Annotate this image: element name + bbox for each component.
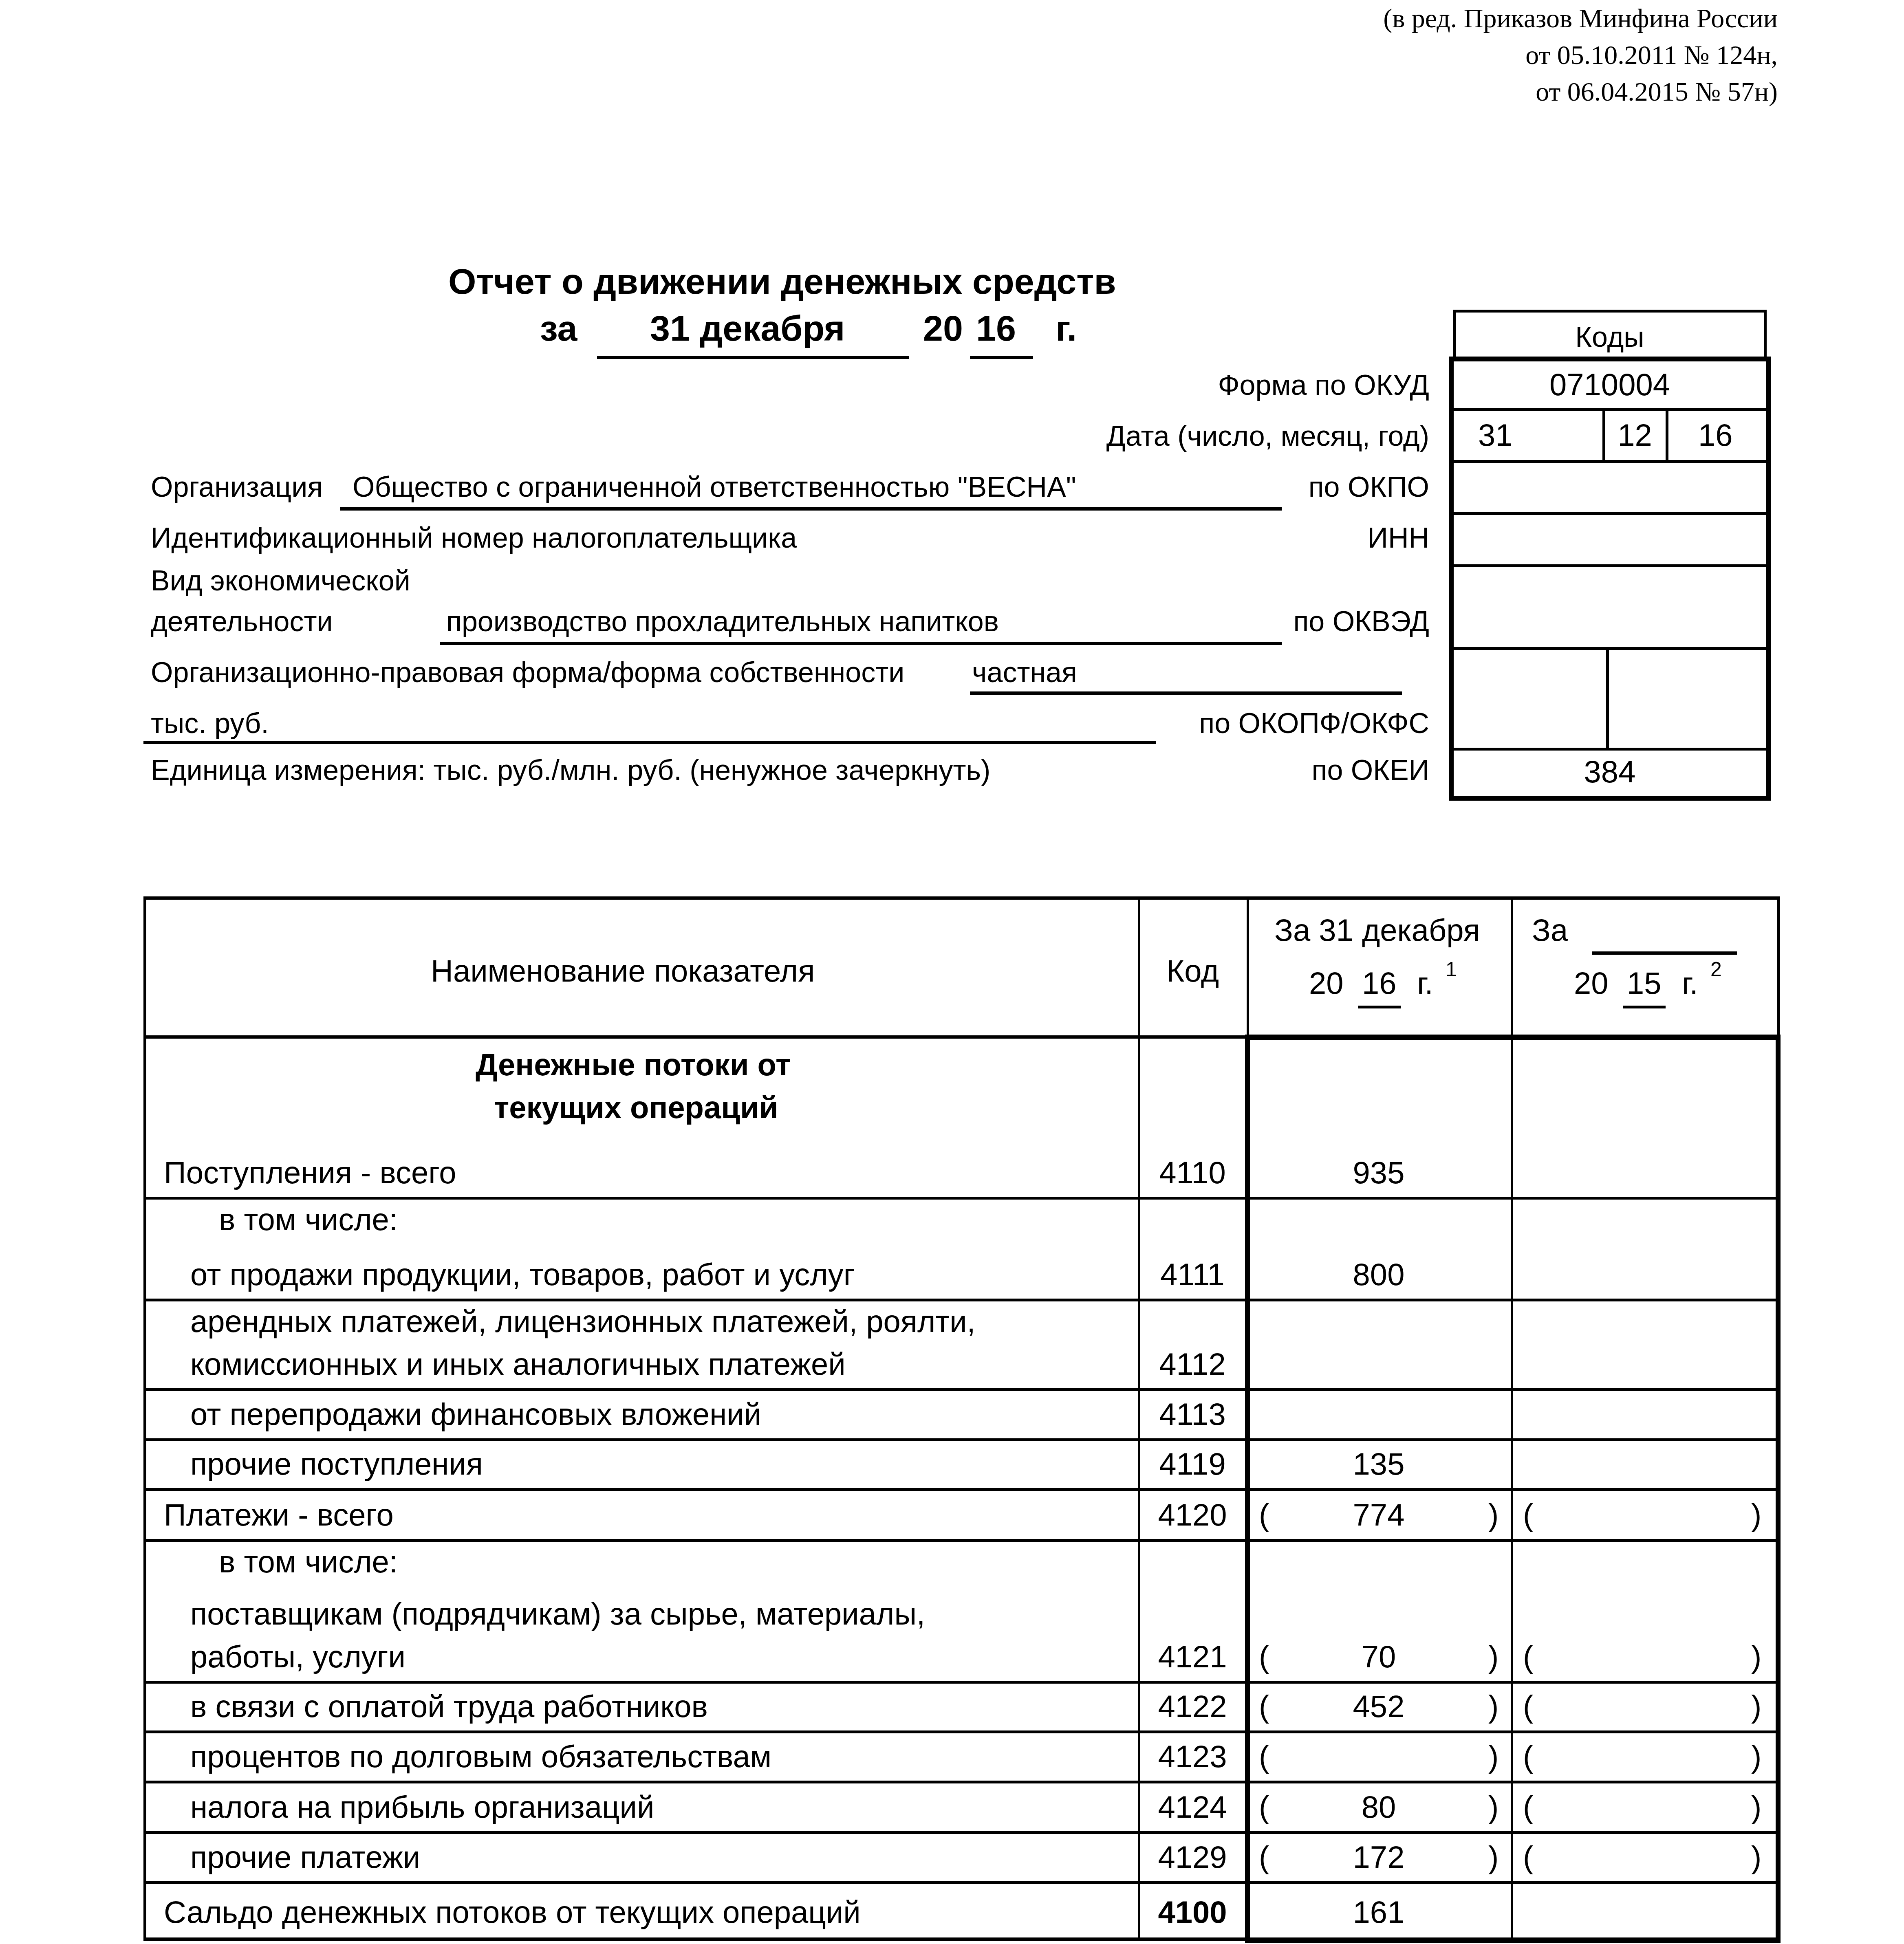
okud-code: 0710004 (1549, 368, 1670, 402)
row-divider (143, 1831, 1780, 1834)
previous-year-underline (1623, 1006, 1666, 1008)
row-divider (1245, 1035, 1781, 1040)
org-underline (340, 507, 1282, 511)
row-label-line-2: работы, услуги (190, 1639, 405, 1675)
row-divider (143, 1781, 1780, 1783)
activity-underline (440, 642, 1282, 645)
row-label-line-2: комиссионных и иных аналогичных платежей (190, 1347, 846, 1382)
okud-label: Форма по ОКУД (1218, 369, 1429, 401)
row-label: в связи с оплатой труда работников (190, 1689, 708, 1724)
activity-label-line-1: Вид экономической (151, 564, 410, 597)
open-paren: ( (1523, 1639, 1533, 1675)
open-paren: ( (1523, 1497, 1533, 1533)
row-code: 4121 (1139, 1639, 1245, 1675)
row-code: 4124 (1139, 1790, 1245, 1825)
codes-header: Коды (1453, 310, 1767, 359)
open-paren: ( (1259, 1497, 1269, 1533)
row-divider (143, 1539, 1780, 1542)
row-divider (143, 1681, 1780, 1684)
close-paren: ) (1488, 1639, 1499, 1675)
current-footnote-marker: 1 (1446, 958, 1457, 981)
date-month-code: 12 (1603, 411, 1666, 460)
row-divider (143, 1730, 1780, 1733)
row-label: арендных платежей, лицензионных платежей… (190, 1304, 976, 1339)
close-paren: ) (1751, 1689, 1761, 1724)
header-note-line-2: от 05.10.2011 № 124н, (1525, 37, 1778, 74)
column-header-previous-year-prefix: 20 (1574, 966, 1609, 1001)
row-code: 4129 (1139, 1840, 1245, 1875)
open-paren: ( (1259, 1639, 1269, 1675)
inn-short-label: ИНН (1368, 522, 1429, 554)
row-value-current[interactable]: 80 (1247, 1790, 1511, 1825)
section-title-line-1: Денежные потоки от (476, 1047, 791, 1083)
row-value-current[interactable]: 161 (1247, 1895, 1511, 1930)
date-year-code: 16 (1698, 411, 1733, 460)
previous-footnote-marker: 2 (1710, 958, 1722, 981)
row-code: 4110 (1139, 1155, 1245, 1191)
previous-period-underline (1592, 951, 1737, 955)
row-value-current[interactable]: 800 (1247, 1257, 1511, 1292)
row-label: Платежи - всего (164, 1497, 394, 1533)
row-divider (1245, 1937, 1781, 1943)
close-paren: ) (1751, 1639, 1761, 1675)
legal-form-value-line-2[interactable]: тыс. руб. (151, 707, 269, 740)
column-header-current-unit: г. (1417, 966, 1433, 1001)
row-value-current[interactable]: 70 (1247, 1639, 1511, 1675)
title-year-underline (970, 356, 1033, 359)
column-header-previous-unit: г. (1682, 966, 1698, 1001)
row-label: налога на прибыль организаций (190, 1790, 654, 1825)
activity-label-line-2: деятельности (151, 605, 333, 638)
row-code: 4122 (1139, 1689, 1245, 1724)
column-header-current-line-1: За 31 декабря (1274, 913, 1480, 948)
open-paren: ( (1523, 1790, 1533, 1825)
okei-code-cell: 384 (1454, 751, 1766, 796)
open-paren: ( (1523, 1689, 1533, 1724)
header-note-line-3: от 06.04.2015 № 57н) (1536, 73, 1778, 111)
inn-label: Идентификационный номер налогоплательщик… (151, 522, 797, 554)
legal-form-value[interactable]: частная (972, 656, 1077, 689)
row-divider (143, 1299, 1780, 1301)
okei-code: 384 (1584, 755, 1636, 789)
title-date: 31 декабря (650, 308, 845, 349)
okei-label: по ОКЕИ (1311, 754, 1429, 786)
row-divider (143, 1035, 1247, 1039)
row-label: от продажи продукции, товаров, работ и у… (190, 1257, 855, 1292)
date-label: Дата (число, месяц, год) (1106, 420, 1429, 452)
close-paren: ) (1751, 1790, 1761, 1825)
section-title-line-2: текущих операций (494, 1090, 778, 1125)
row-value-current[interactable]: 172 (1247, 1840, 1511, 1875)
title-date-underline (597, 356, 909, 359)
row-divider (143, 1937, 1247, 1941)
column-header-current-year-prefix: 20 (1309, 966, 1344, 1001)
okopf-okfs-label: по ОКОПФ/ОКФС (1199, 707, 1429, 740)
row-code: 4111 (1139, 1257, 1245, 1292)
row-label: Сальдо денежных потоков от текущих опера… (164, 1895, 861, 1930)
org-label: Организация (151, 471, 323, 503)
document-title: Отчет о движении денежных средств (448, 261, 1116, 302)
row-divider (143, 1438, 1780, 1441)
okud-code-cell: 0710004 (1454, 361, 1766, 411)
column-header-previous-year: 15 (1627, 966, 1662, 1001)
open-paren: ( (1523, 1840, 1533, 1875)
row-divider (143, 1881, 1780, 1884)
row-label: поставщикам (подрядчикам) за сырье, мате… (190, 1596, 925, 1632)
okpo-code-cell[interactable] (1454, 463, 1766, 515)
row-value-current[interactable]: 774 (1247, 1497, 1511, 1533)
close-paren: ) (1488, 1497, 1499, 1533)
okved-label: по ОКВЭД (1293, 605, 1429, 638)
close-paren: ) (1488, 1790, 1499, 1825)
row-label: прочие поступления (190, 1446, 483, 1482)
row-code: 4120 (1139, 1497, 1245, 1533)
row-value-current[interactable]: 935 (1247, 1155, 1511, 1191)
date-day-code: 31 (1478, 411, 1513, 460)
row-divider (143, 1197, 1780, 1200)
row-divider (143, 1388, 1780, 1391)
legal-form-line-2-underline (143, 741, 1156, 744)
close-paren: ) (1488, 1689, 1499, 1724)
close-paren: ) (1488, 1739, 1499, 1774)
row-code: 4112 (1139, 1347, 1245, 1382)
column-header-previous-line-1: За (1532, 913, 1568, 948)
title-year-unit: г. (1056, 308, 1077, 349)
legal-form-underline (970, 691, 1402, 695)
codes-box: 0710004 31 12 16 384 (1449, 357, 1771, 801)
row-divider (143, 896, 1780, 900)
close-paren: ) (1751, 1840, 1761, 1875)
column-header-current-year: 16 (1362, 966, 1397, 1001)
column-header-code: Код (1166, 953, 1219, 989)
open-paren: ( (1259, 1790, 1269, 1825)
okopf-okfs-code-row (1454, 650, 1766, 751)
date-code-row: 31 12 16 (1454, 411, 1766, 463)
open-paren: ( (1259, 1840, 1269, 1875)
unit-label: Единица измерения: тыс. руб./млн. руб. (… (151, 754, 990, 786)
open-paren: ( (1259, 1689, 1269, 1724)
row-code: 4113 (1139, 1397, 1245, 1432)
current-year-underline (1358, 1006, 1401, 1008)
row-label-prefix: в том числе: (219, 1202, 398, 1237)
header-note-line-1: (в ред. Приказов Минфина России (1383, 0, 1778, 37)
row-value-current[interactable]: 135 (1247, 1446, 1511, 1482)
close-paren: ) (1751, 1739, 1761, 1774)
row-code: 4100 (1139, 1895, 1245, 1930)
org-value[interactable]: Общество с ограниченной ответственностью… (353, 471, 1076, 503)
activity-value[interactable]: производство прохладительных напитков (446, 605, 999, 638)
row-divider (143, 1488, 1780, 1491)
row-label: процентов по долговым обязательствам (190, 1739, 771, 1774)
row-label: Поступления - всего (164, 1155, 456, 1191)
title-year: 16 (976, 308, 1016, 349)
close-paren: ) (1488, 1840, 1499, 1875)
row-label-prefix: в том числе: (219, 1544, 398, 1580)
row-label: от перепродажи финансовых вложений (190, 1397, 761, 1432)
okpo-label: по ОКПО (1309, 471, 1429, 503)
open-paren: ( (1523, 1739, 1533, 1774)
row-label: прочие платежи (190, 1840, 420, 1875)
column-header-name: Наименование показателя (431, 953, 815, 989)
legal-form-label: Организационно-правовая форма/форма собс… (151, 656, 904, 689)
close-paren: ) (1751, 1497, 1761, 1533)
title-year-prefix: 20 (923, 308, 963, 349)
row-value-current[interactable]: 452 (1247, 1689, 1511, 1724)
inn-code-cell[interactable] (1454, 515, 1766, 567)
open-paren: ( (1259, 1739, 1269, 1774)
okved-code-cell[interactable] (1454, 567, 1766, 650)
row-code: 4119 (1139, 1446, 1245, 1482)
title-prefix: за (540, 308, 577, 349)
row-code: 4123 (1139, 1739, 1245, 1774)
